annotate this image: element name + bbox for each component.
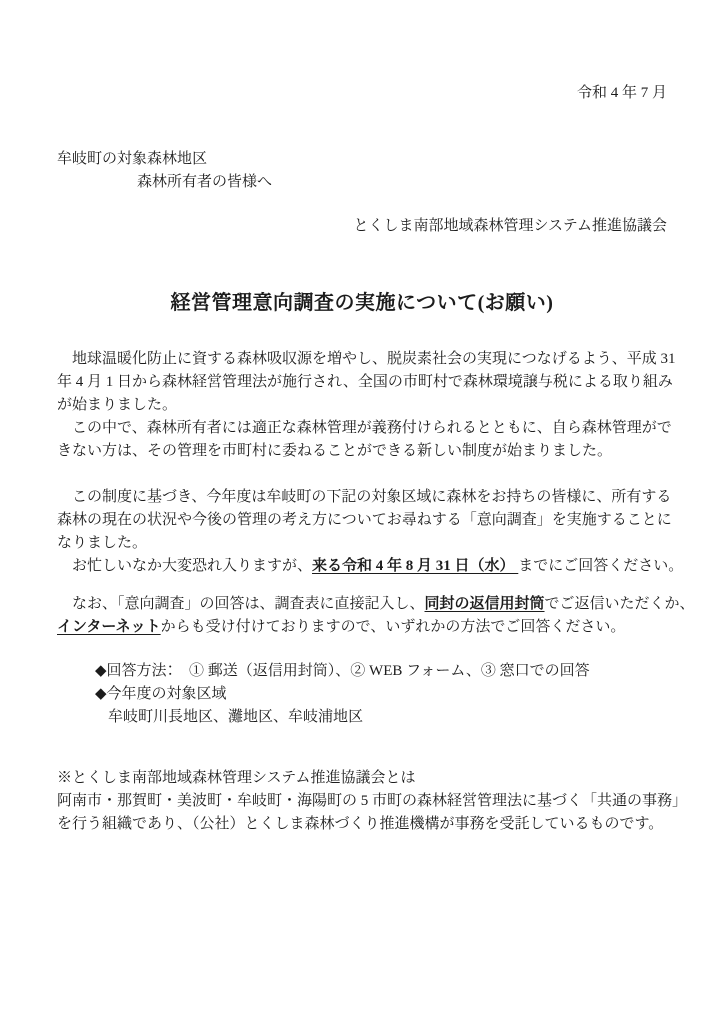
paragraph-reply-methods: なお、「意向調査」の回答は、調査表に直接記入し、同封の返信用封筒でご返信いただく… xyxy=(57,593,667,639)
deadline-date-emphasis: 来る令和 4 年 8 月 31 日（水） xyxy=(312,558,518,574)
document-page: 令和 4 年 7 月 牟岐町の対象森林地区 森林所有者の皆様へ とくしま南部地域… xyxy=(0,0,724,1024)
paragraph-line: 森林の現在の状況や今後の管理の考え方についてお尋ねする「意向調査」を実施すること… xyxy=(57,509,667,532)
reply-text-mid: でご返信いただくか、 xyxy=(545,596,695,612)
paragraph-line: なりました。 xyxy=(57,532,667,555)
reply-text-lead: なお、「意向調査」の回答は、調査表に直接記入し、 xyxy=(57,596,425,612)
addressee-line-2: 森林所有者の皆様へ xyxy=(57,171,667,194)
paragraph-line: この中で、森林所有者には適正な森林管理が義務付けられるとともに、自ら森林管理がで xyxy=(57,417,667,440)
bullet-list: ◆回答方法： ① 郵送（返信用封筒）、② WEB フォーム、③ 窓口での回答 ◆… xyxy=(57,660,667,729)
paragraph-survey-announcement: この制度に基づき、今年度は牟岐町の下記の対象区域に森林をお持ちの皆様に、所有する… xyxy=(57,486,667,555)
bullet-target-area-heading: ◆今年度の対象区域 xyxy=(57,683,667,706)
deadline-text-lead: お忙しいなか大変恐れ入りますが、 xyxy=(57,558,312,574)
document-date: 令和 4 年 7 月 xyxy=(57,82,667,105)
paragraph-line: 地球温暖化防止に資する森林吸収源を増やし、脱炭素社会の実現につなげるよう、平成 … xyxy=(57,348,667,371)
reply-methods-line-1: なお、「意向調査」の回答は、調査表に直接記入し、同封の返信用封筒でご返信いただく… xyxy=(57,593,667,616)
footnote-block: ※とくしま南部地域森林管理システム推進協議会とは 阿南市・那賀町・美波町・牟岐町… xyxy=(57,767,667,836)
sender-organization: とくしま南部地域森林管理システム推進協議会 xyxy=(57,215,667,238)
addressee-line-1: 牟岐町の対象森林地区 xyxy=(57,148,667,171)
deadline-line: お忙しいなか大変恐れ入りますが、来る令和 4 年 8 月 31 日（水） までに… xyxy=(57,555,667,578)
document-title: 経営管理意向調査の実施について(お願い) xyxy=(57,288,667,318)
reply-text-tail: からも受け付けておりますので、いずれかの方法でご回答ください。 xyxy=(161,619,626,635)
deadline-text-tail: までにご回答ください。 xyxy=(518,558,683,574)
bullet-response-methods: ◆回答方法： ① 郵送（返信用封筒）、② WEB フォーム、③ 窓口での回答 xyxy=(57,660,667,683)
paragraph-new-system: この中で、森林所有者には適正な森林管理が義務付けられるとともに、自ら森林管理がで… xyxy=(57,417,667,463)
footnote-line: を行う組織であり、（公社）とくしま森林づくり推進機構が事務を受託しているものです… xyxy=(57,813,667,836)
paragraph-line: 年 4 月 1 日から森林経営管理法が施行され、全国の市町村で森林環境譲与税によ… xyxy=(57,371,667,394)
paragraph-line: が始まりました。 xyxy=(57,394,667,417)
paragraph-deadline: お忙しいなか大変恐れ入りますが、来る令和 4 年 8 月 31 日（水） までに… xyxy=(57,555,667,578)
footnote-line: ※とくしま南部地域森林管理システム推進協議会とは xyxy=(57,767,667,790)
addressee-block: 牟岐町の対象森林地区 森林所有者の皆様へ xyxy=(57,148,667,194)
bullet-target-area-detail: 牟岐町川長地区、灘地区、牟岐浦地区 xyxy=(57,706,667,729)
reply-internet-emphasis: インターネット xyxy=(57,619,161,635)
reply-envelope-emphasis: 同封の返信用封筒 xyxy=(425,596,545,612)
footnote-line: 阿南市・那賀町・美波町・牟岐町・海陽町の 5 市町の森林経営管理法に基づく「共通… xyxy=(57,790,667,813)
paragraph-background: 地球温暖化防止に資する森林吸収源を増やし、脱炭素社会の実現につなげるよう、平成 … xyxy=(57,348,667,417)
paragraph-line: この制度に基づき、今年度は牟岐町の下記の対象区域に森林をお持ちの皆様に、所有する xyxy=(57,486,667,509)
paragraph-line: きない方は、その管理を市町村に委ねることができる新しい制度が始まりました。 xyxy=(57,440,667,463)
reply-methods-line-2: インターネットからも受け付けておりますので、いずれかの方法でご回答ください。 xyxy=(57,616,667,639)
